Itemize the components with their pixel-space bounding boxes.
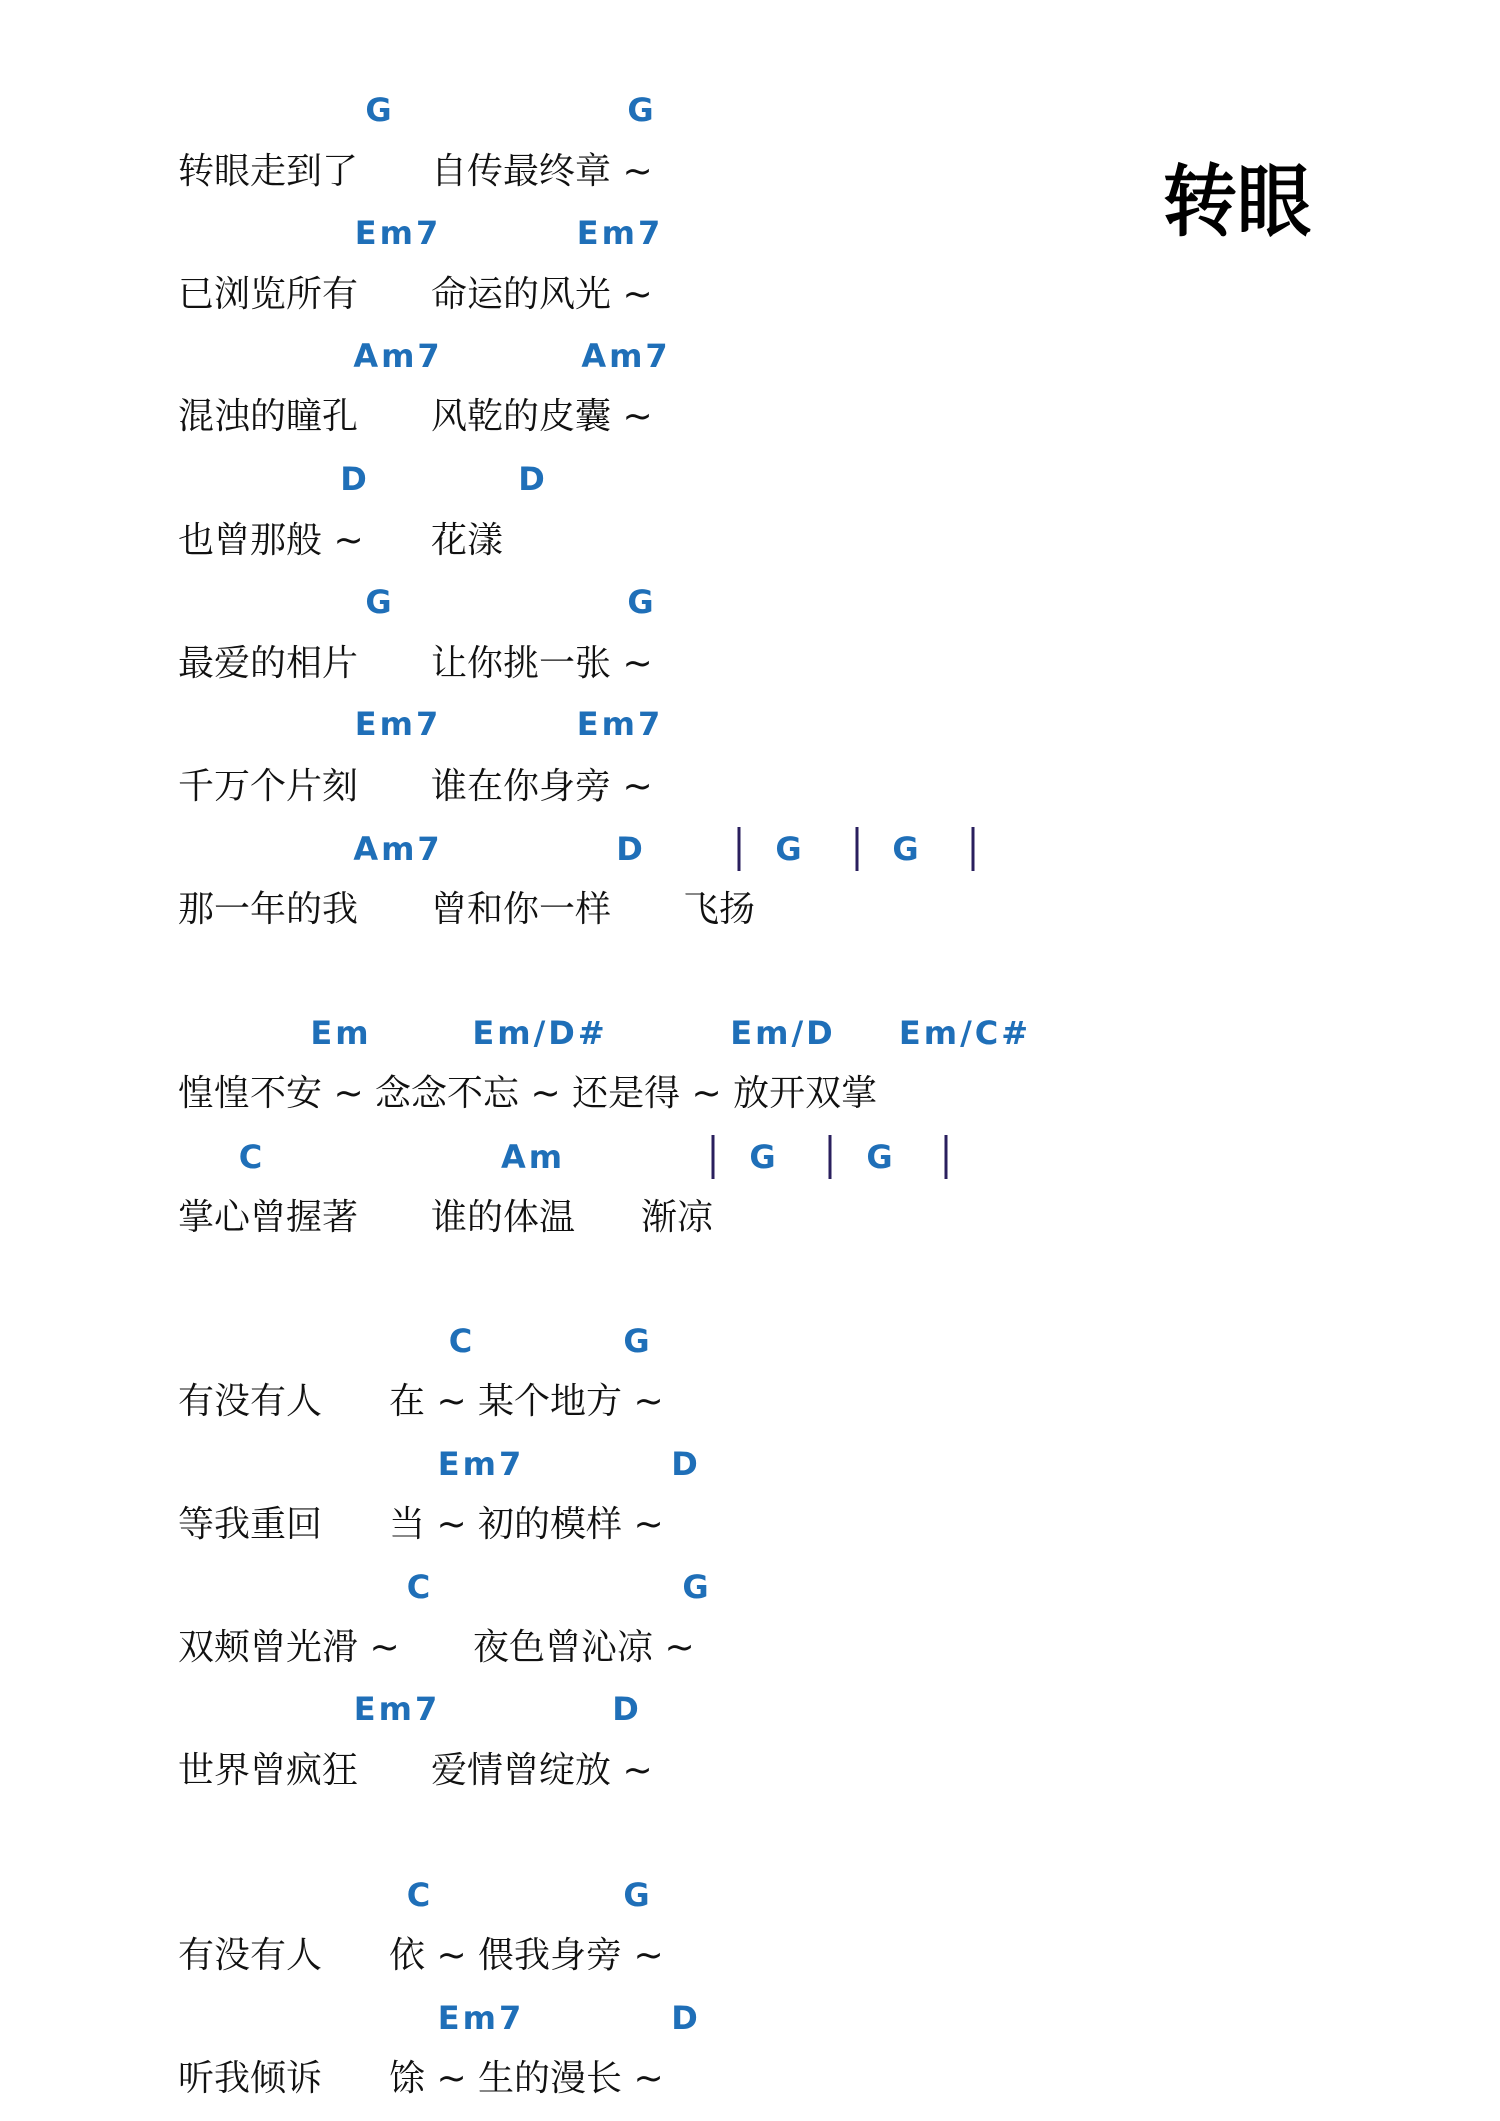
lyric-row: 也曾那般 ~花漾 — [0, 516, 1500, 566]
chord-symbol: G — [682, 1562, 711, 1612]
lyric-phrase: 惶惶不安 ~ 念念不忘 ~ 还是得 ~ 放开双掌 — [178, 1069, 877, 1119]
bar-line — [829, 1135, 832, 1179]
lyric-phrase: 最爱的相片 — [178, 639, 358, 689]
chord-symbol: Em7 — [354, 1684, 440, 1734]
chord-symbol: Em7 — [438, 1993, 524, 2043]
chord-row: GG — [0, 577, 1500, 627]
lyric-phrase: 也曾那般 ~ — [178, 516, 364, 566]
bar-line — [945, 1135, 948, 1179]
chord-row: Am7Am7 — [0, 331, 1500, 381]
chord-row: Em7D — [0, 1993, 1500, 2043]
chord-row: CG — [0, 1316, 1500, 1366]
lyric-phrase: 爱情曾绽放 ~ — [431, 1746, 653, 1796]
chord-symbol: Em/D# — [472, 1008, 607, 1058]
chord-row: CG — [0, 1870, 1500, 1920]
lyric-phrase: 等我重回 — [178, 1500, 322, 1550]
lyric-phrase: 风乾的皮囊 ~ — [431, 392, 653, 442]
chord-symbol: Em/D — [730, 1008, 835, 1058]
lyric-phrase: 谁的体温 — [431, 1193, 575, 1243]
lyric-row: 等我重回当 ~ 初的模样 ~ — [0, 1500, 1500, 1550]
chord-symbol: Em7 — [355, 208, 441, 258]
chord-symbol: Am7 — [353, 824, 442, 874]
chord-symbol: C — [449, 1316, 475, 1366]
bar-line — [738, 827, 741, 871]
lyric-phrase: 夜色曾沁凉 ~ — [473, 1623, 695, 1673]
chord-symbol: D — [671, 1993, 701, 2043]
lyric-row: 听我倾诉馀 ~ 生的漫长 ~ — [0, 2054, 1500, 2104]
lyric-phrase: 已浏览所有 — [178, 270, 358, 320]
lyric-row: 最爱的相片让你挑一张 ~ — [0, 639, 1500, 689]
lyric-phrase: 馀 ~ 生的漫长 ~ — [389, 2054, 664, 2104]
chord-symbol: Em7 — [577, 208, 663, 258]
lyric-row: 那一年的我曾和你一样飞扬 — [0, 885, 1500, 935]
lyric-row: 千万个片刻谁在你身旁 ~ — [0, 762, 1500, 812]
lyric-row: 掌心曾握著谁的体温渐凉 — [0, 1193, 1500, 1243]
chord-symbol: G — [749, 1132, 778, 1182]
lyric-row: 混浊的瞳孔风乾的皮囊 ~ — [0, 392, 1500, 442]
lyric-row: 双颊曾光滑 ~夜色曾沁凉 ~ — [0, 1623, 1500, 1673]
lyric-phrase: 命运的风光 ~ — [431, 270, 653, 320]
chord-symbol: Em7 — [355, 699, 441, 749]
lyric-phrase: 依 ~ 偎我身旁 ~ — [389, 1931, 664, 1981]
lyric-row: 已浏览所有命运的风光 ~ — [0, 270, 1500, 320]
chord-row: Em7D — [0, 1684, 1500, 1734]
chord-row: Em7Em7 — [0, 208, 1500, 258]
chord-row: DD — [0, 454, 1500, 504]
lyric-phrase: 千万个片刻 — [178, 762, 358, 812]
lyric-row: 世界曾疯狂爱情曾绽放 ~ — [0, 1746, 1500, 1796]
chord-symbol: G — [365, 85, 394, 135]
lyric-row: 有没有人在 ~ 某个地方 ~ — [0, 1377, 1500, 1427]
chord-symbol: Am7 — [581, 331, 670, 381]
bar-line — [972, 827, 975, 871]
chord-symbol: D — [671, 1439, 701, 1489]
chord-symbol: Am — [501, 1132, 565, 1182]
chord-symbol: D — [616, 824, 646, 874]
chord-symbol: D — [612, 1684, 642, 1734]
chord-symbol: C — [407, 1562, 433, 1612]
chord-row: GG — [0, 85, 1500, 135]
chord-row: CAmGG — [0, 1132, 1500, 1182]
chord-symbol: Em7 — [577, 699, 663, 749]
chord-symbol: D — [518, 454, 548, 504]
chord-symbol: Em7 — [438, 1439, 524, 1489]
lyric-row: 惶惶不安 ~ 念念不忘 ~ 还是得 ~ 放开双掌 — [0, 1069, 1500, 1119]
chord-symbol: Em — [310, 1008, 371, 1058]
chord-symbol: G — [627, 577, 656, 627]
chord-symbol: C — [407, 1870, 433, 1920]
lyric-phrase: 自传最终章 ~ — [431, 147, 653, 197]
lyric-phrase: 有没有人 — [178, 1377, 322, 1427]
lyric-row: 转眼走到了自传最终章 ~ — [0, 147, 1500, 197]
lyric-phrase: 在 ~ 某个地方 ~ — [389, 1377, 664, 1427]
lyric-phrase: 世界曾疯狂 — [178, 1746, 358, 1796]
chord-symbol: G — [623, 1870, 652, 1920]
bar-line — [712, 1135, 715, 1179]
lyric-phrase: 渐凉 — [641, 1193, 713, 1243]
lyric-phrase: 听我倾诉 — [178, 2054, 322, 2104]
chord-symbol: D — [340, 454, 370, 504]
chord-symbol: G — [866, 1132, 895, 1182]
lyric-phrase: 曾和你一样 — [431, 885, 611, 935]
lyric-row: 有没有人依 ~ 偎我身旁 ~ — [0, 1931, 1500, 1981]
chord-symbol: G — [627, 85, 656, 135]
lyric-phrase: 那一年的我 — [178, 885, 358, 935]
chord-symbol: G — [775, 824, 804, 874]
chord-symbol: G — [365, 577, 394, 627]
lyric-phrase: 谁在你身旁 ~ — [431, 762, 653, 812]
chord-row: EmEm/D#Em/DEm/C# — [0, 1008, 1500, 1058]
chord-symbol: Am7 — [353, 331, 442, 381]
chord-row: CG — [0, 1562, 1500, 1612]
lyric-phrase: 有没有人 — [178, 1931, 322, 1981]
chord-symbol: C — [239, 1132, 265, 1182]
chord-row: Em7Em7 — [0, 699, 1500, 749]
lyric-phrase: 当 ~ 初的模样 ~ — [389, 1500, 664, 1550]
chord-symbol: G — [892, 824, 921, 874]
lyric-phrase: 转眼走到了 — [178, 147, 358, 197]
lyric-phrase: 混浊的瞳孔 — [178, 392, 358, 442]
lyric-phrase: 飞扬 — [683, 885, 755, 935]
bar-line — [856, 827, 859, 871]
chord-row: Em7D — [0, 1439, 1500, 1489]
lyric-phrase: 让你挑一张 ~ — [431, 639, 653, 689]
lyric-phrase: 掌心曾握著 — [178, 1193, 358, 1243]
chord-symbol: Em/C# — [899, 1008, 1031, 1058]
chord-symbol: G — [623, 1316, 652, 1366]
lyric-phrase: 双颊曾光滑 ~ — [178, 1623, 400, 1673]
chord-row: Am7DGG — [0, 824, 1500, 874]
lyric-phrase: 花漾 — [431, 516, 503, 566]
